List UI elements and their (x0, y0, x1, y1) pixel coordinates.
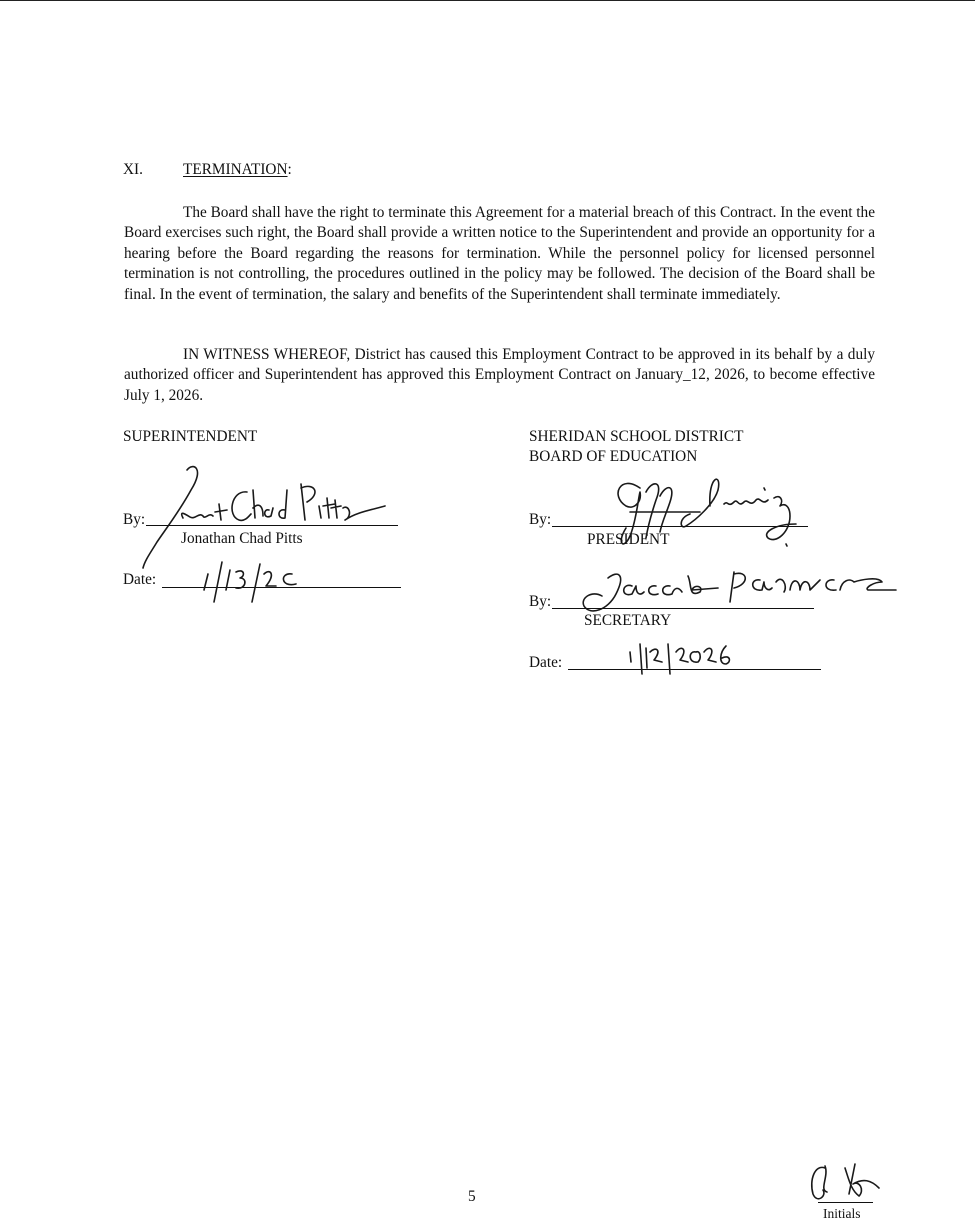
witness-paragraph: IN WITNESS WHEREOF, District has caused … (124, 345, 875, 406)
paragraph-text: IN WITNESS WHEREOF, District has caused … (124, 345, 875, 406)
section-title-text: TERMINATION (183, 161, 288, 178)
section-title-suffix: : (288, 161, 292, 178)
superintendent-handwritten-date (200, 560, 310, 605)
initials-signature-icon (805, 1160, 885, 1205)
section-title: TERMINATION: (183, 160, 292, 180)
document-page: XI. TERMINATION: The Board shall have th… (0, 0, 975, 1223)
district-date-label: Date: (529, 653, 562, 673)
superintendent-signature-line (146, 525, 398, 526)
president-title: PRESIDENT (587, 530, 669, 550)
district-heading-line1: SHERIDAN SCHOOL DISTRICT (529, 427, 743, 447)
secretary-title: SECRETARY (584, 611, 671, 631)
section-number: XI. (123, 160, 143, 180)
superintendent-signature-icon (135, 460, 385, 570)
secretary-by-label: By: (529, 592, 551, 612)
termination-paragraph: The Board shall have the right to termin… (124, 203, 875, 305)
district-heading-line2: BOARD OF EDUCATION (529, 447, 697, 467)
president-signature-line (552, 526, 808, 527)
president-by-label: By: (529, 510, 551, 530)
superintendent-printed-name: Jonathan Chad Pitts (181, 529, 303, 549)
district-handwritten-date (626, 640, 746, 680)
page-number: 5 (468, 1187, 476, 1207)
superintendent-date-label: Date: (123, 570, 156, 590)
initials-line (818, 1202, 873, 1203)
initials-label: Initials (823, 1206, 861, 1222)
superintendent-by-label: By: (123, 510, 145, 530)
secretary-signature-line (552, 608, 814, 609)
superintendent-heading: SUPERINTENDENT (123, 427, 257, 447)
paragraph-text: The Board shall have the right to termin… (124, 203, 875, 305)
